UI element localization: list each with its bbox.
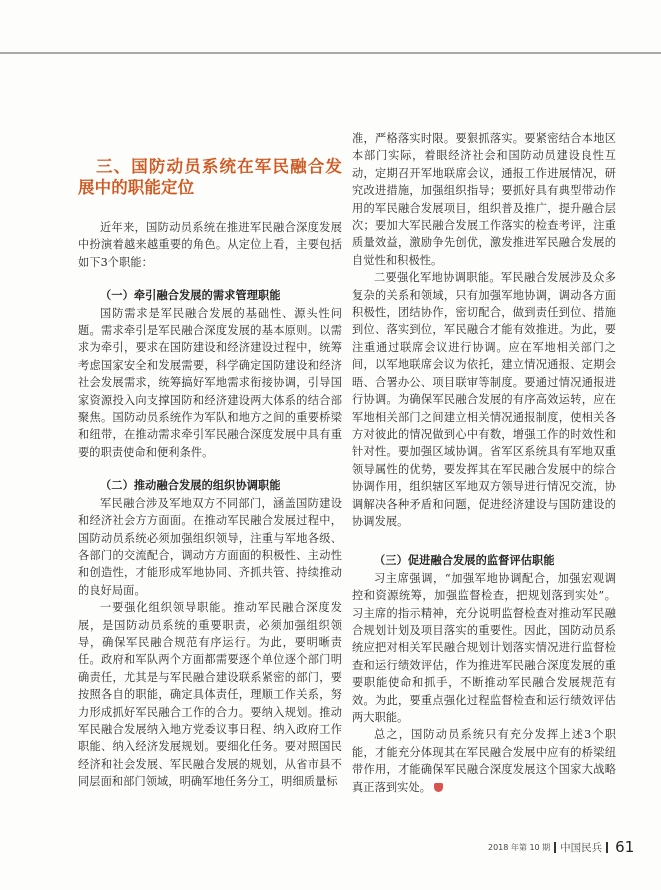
closing-text: 总之，国防动员系统只有充分发挥上述3个职能，才能充分体现其在军民融合发展中应有的… bbox=[352, 728, 616, 793]
subheading-supervision-evaluation: （三）促进融合发展的监督评估职能 bbox=[352, 552, 616, 569]
intro-paragraph: 近年来，国防动员系统在推进军民融合深度发展中扮演着越来越重要的角色。从定位上看，… bbox=[78, 219, 342, 271]
section-title: 三、国防动员系统在军民融合发展中的职能定位 bbox=[78, 156, 342, 198]
left-column: 三、国防动员系统在军民融合发展中的职能定位 近年来，国防动员系统在推进军民融合深… bbox=[78, 156, 342, 791]
end-of-article-icon bbox=[434, 783, 443, 792]
paragraph: 习主席强调，“加强军地协调配合，加强宏观调控和资源统筹，加强监督检查，把规划落到… bbox=[352, 570, 616, 727]
page-number: 61 bbox=[615, 838, 634, 856]
subheading-demand-management: （一）牵引融合发展的需求管理职能 bbox=[78, 287, 342, 304]
paragraph: 国防需求是军民融合发展的基础性、源头性问题。需求牵引是军民融合深度发展的基本原则… bbox=[78, 305, 342, 462]
paragraph: 军民融合涉及军地双方不同部门，涵盖国防建设和经济社会方方面面。在推动军民融合发展… bbox=[78, 495, 342, 599]
right-column: 准，严格落实时限。要狠抓落实。要紧密结合本地区本部门实际，着眼经济社会和国防动员… bbox=[352, 130, 616, 796]
subheading-organization-coordination: （二）推动融合发展的组织协调职能 bbox=[78, 477, 342, 494]
issue-label: 2018 年第 10 期 bbox=[488, 842, 550, 853]
footer-divider bbox=[554, 842, 556, 853]
closing-paragraph: 总之，国防动员系统只有充分发挥上述3个职能，才能充分体现其在军民融合发展中应有的… bbox=[352, 726, 616, 796]
paragraph: 一要强化组织领导职能。推动军民融合深度发展，是国防动员系统的重要职责，必须加强组… bbox=[78, 599, 342, 790]
magazine-name: 中国民兵 bbox=[560, 840, 602, 855]
footer-divider bbox=[606, 842, 608, 853]
continued-paragraph: 准，严格落实时限。要狠抓落实。要紧密结合本地区本部门实际，着眼经济社会和国防动员… bbox=[352, 130, 616, 269]
paragraph: 二要强化军地协调职能。军民融合发展涉及众多复杂的关系和领域，只有加强军地协调，调… bbox=[352, 269, 616, 530]
header-rule bbox=[0, 52, 661, 54]
page-footer: 2018 年第 10 期 中国民兵 61 bbox=[488, 838, 634, 856]
